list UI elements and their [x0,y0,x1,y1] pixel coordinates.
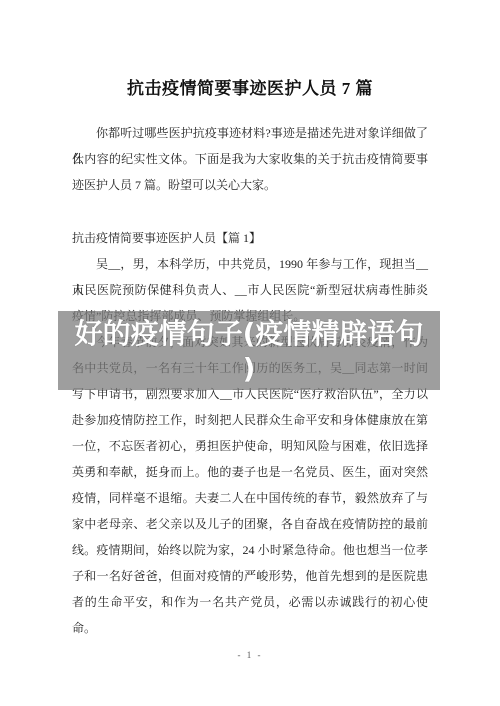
body-line: 吴__，男，本科学历，中共党员，1990 年参与工作，现担当__市 [72,251,428,277]
watermark-banner: 好的疫情句子(疫情精辟语句 ) [58,311,440,390]
body-line: 线。疫情期间，始终以院为家，24 小时紧急待命。他也想当一位孝 [72,537,428,563]
section-heading-text: 抗击疫情简要事迹医护人员【篇 1】 [72,225,428,251]
body-line: 家中老母亲、老父亲以及儿子的团聚，各自奋战在疫情防控的最前 [72,511,428,537]
section-heading: 抗击疫情简要事迹医护人员【篇 1】 [72,225,428,251]
watermark-text-line1: 好的疫情句子(疫情精辟语句 [75,316,424,351]
document-title: 抗击疫情简要事迹医护人员 7 篇 [0,74,500,99]
body-line: 一位，不忘医者初心，勇担医护使命，明知风险与困难，依旧选择 [72,433,428,459]
body-line: 者的生命平安，和作为一名共产党员，必需以赤诚践行的初心使 [72,589,428,615]
intro-line: 么内容的纪实性文体。下面是我为大家收集的关于抗击疫情简要事 [72,146,428,172]
body-line: 命。 [72,615,428,641]
watermark-text-line2: ) [243,351,256,386]
page-number: - 1 - [0,650,500,660]
body-line: 子和一名好爸爸，但面对疫情的严峻形势，他首先想到的是医院患 [72,563,428,589]
intro-line: 迹医护人员 7 篇。盼望可以关心大家。 [72,172,428,198]
body-line: 人民医院预防保健科负责人、__市人民医院“新型冠状病毒性肺炎 [72,277,428,303]
document-page: 抗击疫情简要事迹医护人员 7 篇 你都听过哪些医护抗疫事迹材料?事迹是描述先进对… [0,0,500,706]
body-line: 疫情，同样毫不退缩。夫妻二人在中国传统的春节，毅然放弃了与 [72,485,428,511]
body-line: 英勇和奉献，挺身而上。他的妻子也是一名党员、医生，面对突然 [72,459,428,485]
intro-line: 你都听过哪些医护抗疫事迹材料?事迹是描述先进对象详细做了什 [72,120,428,146]
body-line: 赴参加疫情防控工作，时刻把人民群众生命平安和身体健康放在第 [72,407,428,433]
intro-paragraph: 你都听过哪些医护抗疫事迹材料?事迹是描述先进对象详细做了什 么内容的纪实性文体。… [72,120,428,198]
